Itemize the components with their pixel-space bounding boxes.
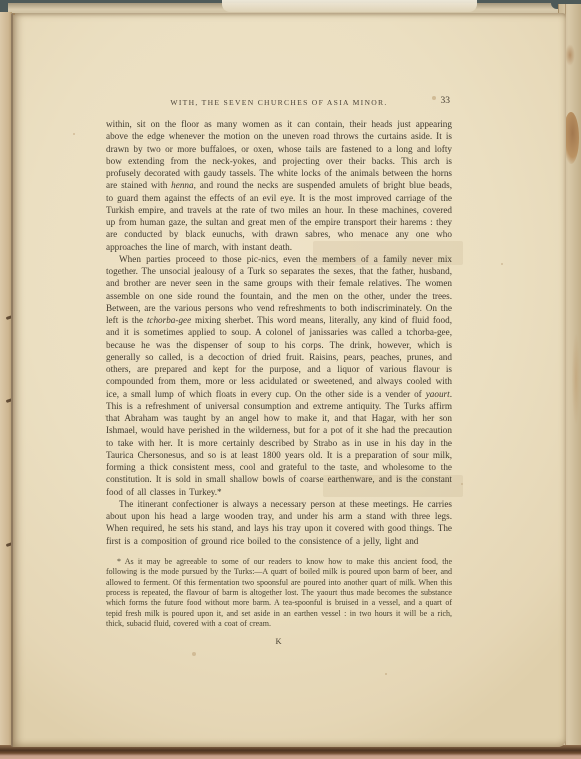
book-page: WITH, THE SEVEN CHURCHES OF ASIA MINOR. … — [11, 13, 566, 747]
scan-background: WITH, THE SEVEN CHURCHES OF ASIA MINOR. … — [0, 0, 581, 759]
body-text: within, sit on the floor as many women a… — [106, 118, 452, 547]
paper-speckles — [13, 13, 15, 15]
text-area: within, sit on the floor as many women a… — [106, 118, 452, 646]
page-edge-stain — [565, 44, 575, 66]
paragraph: When parties proceed to those pic-nics, … — [106, 253, 452, 498]
paragraph: within, sit on the floor as many women a… — [106, 118, 452, 253]
page-edges-top-highlight — [222, 0, 477, 12]
running-header: WITH, THE SEVEN CHURCHES OF ASIA MINOR. … — [106, 98, 452, 107]
footnote-paragraph: * As it may be agreeable to some of our … — [106, 557, 452, 630]
header-title: WITH, THE SEVEN CHURCHES OF ASIA MINOR. — [170, 98, 387, 107]
page-edges-bottom — [0, 745, 581, 759]
paragraph: The itinerant confectioner is always a n… — [106, 498, 452, 547]
page-number: 33 — [441, 96, 451, 106]
footnote: * As it may be agreeable to some of our … — [106, 557, 452, 630]
signature-mark: K — [106, 637, 452, 646]
page-edge-stain — [572, 334, 580, 424]
